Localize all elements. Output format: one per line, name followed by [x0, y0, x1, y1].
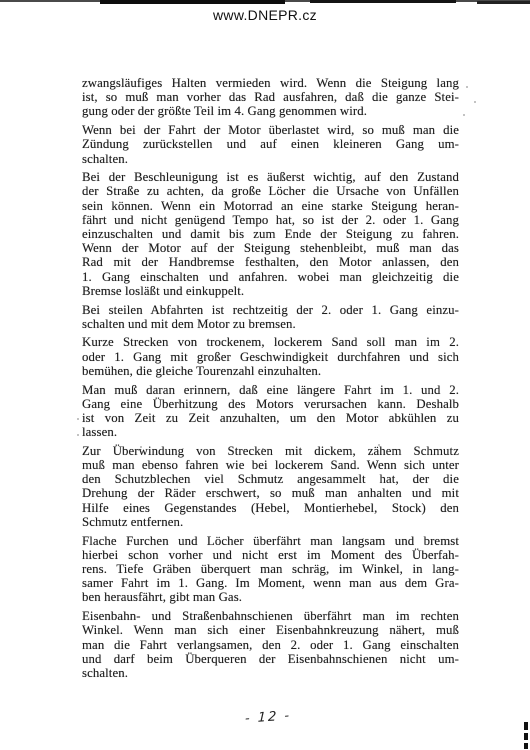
paragraph: Flache Furchen und Löcher überfährt man … [82, 534, 459, 605]
paragraph: zwangsläufiges Halten vermieden wird. We… [82, 76, 459, 119]
text-line: gung oder der größte Teil im 4. Gang gen… [82, 104, 459, 118]
watermark-url: www.DNEPR.cz [0, 7, 530, 23]
paragraph: Bei der Beschleunigung ist es äußerst wi… [82, 170, 459, 298]
text-line: Rad mit der Handbremse festhalten, den M… [82, 255, 459, 269]
text-line: Winkel. Wenn man sich einer Eisenbahnkre… [82, 623, 459, 637]
paragraph: Zur Überwindung von Strecken mit dickem,… [82, 444, 459, 529]
text-line: Bei der Beschleunigung ist es äußerst wi… [82, 170, 459, 184]
scan-artifact-top-bar [100, 0, 285, 4]
text-line: und darf beim Überqueren der Eisenbahnsc… [82, 652, 459, 666]
text-block: zwangsläufiges Halten vermieden wird. We… [82, 76, 459, 685]
scan-artifact-edge-mark [524, 733, 528, 740]
scan-artifact-top-bar [477, 1, 530, 4]
text-line: hierbei schon vorher und nicht erst im M… [82, 548, 459, 562]
text-line: Man muß daran erinnern, daß eine längere… [82, 383, 459, 397]
text-line: Zündung zurückstellen und auf einen klei… [82, 137, 459, 151]
scan-page: www.DNEPR.cz zwangsläufiges Halten vermi… [0, 0, 530, 750]
paragraph: Bei steilen Abfahrten ist rechtzeitig de… [82, 303, 459, 331]
scan-noise-speck [77, 434, 79, 436]
text-line: Hilfe eines Gegenstandes (Hebel, Montier… [82, 501, 459, 515]
text-line: samer Fahrt im 1. Gang. Im Moment, wenn … [82, 576, 459, 590]
text-line: man die Fahrt verlangsamen, den 2. oder … [82, 638, 459, 652]
text-line: den Schutzblechen viel Schmutz angesamme… [82, 472, 459, 486]
text-line: Eisenbahn- und Straßenbahnschienen überf… [82, 609, 459, 623]
scan-noise-speck [466, 86, 468, 88]
text-line: einzuschalten und damit bis zum Ende der… [82, 227, 459, 241]
text-line: 1. Gang einschalten und anfahren. wobei … [82, 270, 459, 284]
text-line: ist, so muß man vorher das Rad ausfahren… [82, 90, 459, 104]
text-line: schalten. [82, 666, 459, 680]
text-line: Flache Furchen und Löcher überfährt man … [82, 534, 459, 548]
page-number: - 12 - [228, 707, 308, 728]
paragraph: Eisenbahn- und Straßenbahnschienen überf… [82, 609, 459, 680]
scan-noise-speck [77, 418, 79, 420]
paragraph: Man muß daran erinnern, daß eine längere… [82, 383, 459, 440]
text-line: sein können. Wenn ein Motorrad an eine s… [82, 199, 459, 213]
scan-noise-speck [262, 448, 264, 450]
scan-noise-speck [378, 444, 380, 446]
text-line: rens. Tiefe Gräben überquert man schräg,… [82, 562, 459, 576]
text-line: Zur Überwindung von Strecken mit dickem,… [82, 444, 459, 458]
text-line: ist von Zeit zu Zeit anzuhalten, um den … [82, 411, 459, 425]
text-line: lassen. [82, 425, 459, 439]
text-line: schalten. [82, 152, 459, 166]
text-line: Kurze Strecken von trockenem, lockerem S… [82, 335, 459, 349]
text-line: Bremse losläßt und einkuppelt. [82, 284, 459, 298]
text-line: bemühen, die gleiche Tourenzahl einzuhal… [82, 364, 459, 378]
text-line: der Straße zu achten, da große Löcher di… [82, 184, 459, 198]
text-line: Bei steilen Abfahrten ist rechtzeitig de… [82, 303, 459, 317]
text-line: Wenn bei der Fahrt der Motor überlastet … [82, 123, 459, 137]
scan-noise-speck [140, 446, 142, 448]
text-line: Drehung der Räder erschwert, so muß man … [82, 486, 459, 500]
scan-artifact-top-bar [310, 0, 456, 3]
text-line: fährt und nicht genügend Tempo hat, so i… [82, 213, 459, 227]
text-line: oder 1. Gang mit großer Geschwindigkeit … [82, 350, 459, 364]
text-line: Schmutz entfernen. [82, 515, 459, 529]
scan-noise-speck [463, 114, 465, 116]
text-line: zwangsläufiges Halten vermieden wird. We… [82, 76, 459, 90]
text-line: muß man ebenso fahren wie bei lockerem S… [82, 458, 459, 472]
text-line: ben herausfährt, gibt man Gas. [82, 590, 459, 604]
scan-artifact-edge-mark [524, 722, 528, 730]
paragraph: Wenn bei der Fahrt der Motor überlastet … [82, 123, 459, 166]
scan-artifact-edge-mark [524, 743, 528, 749]
paragraph: Kurze Strecken von trockenem, lockerem S… [82, 335, 459, 378]
text-line: Gang eine Überhitzung des Motors verursa… [82, 397, 459, 411]
scan-noise-speck [474, 101, 476, 103]
text-line: schalten und mit dem Motor zu bremsen. [82, 317, 459, 331]
text-line: Wenn der Motor auf der Steigung stehenbl… [82, 241, 459, 255]
